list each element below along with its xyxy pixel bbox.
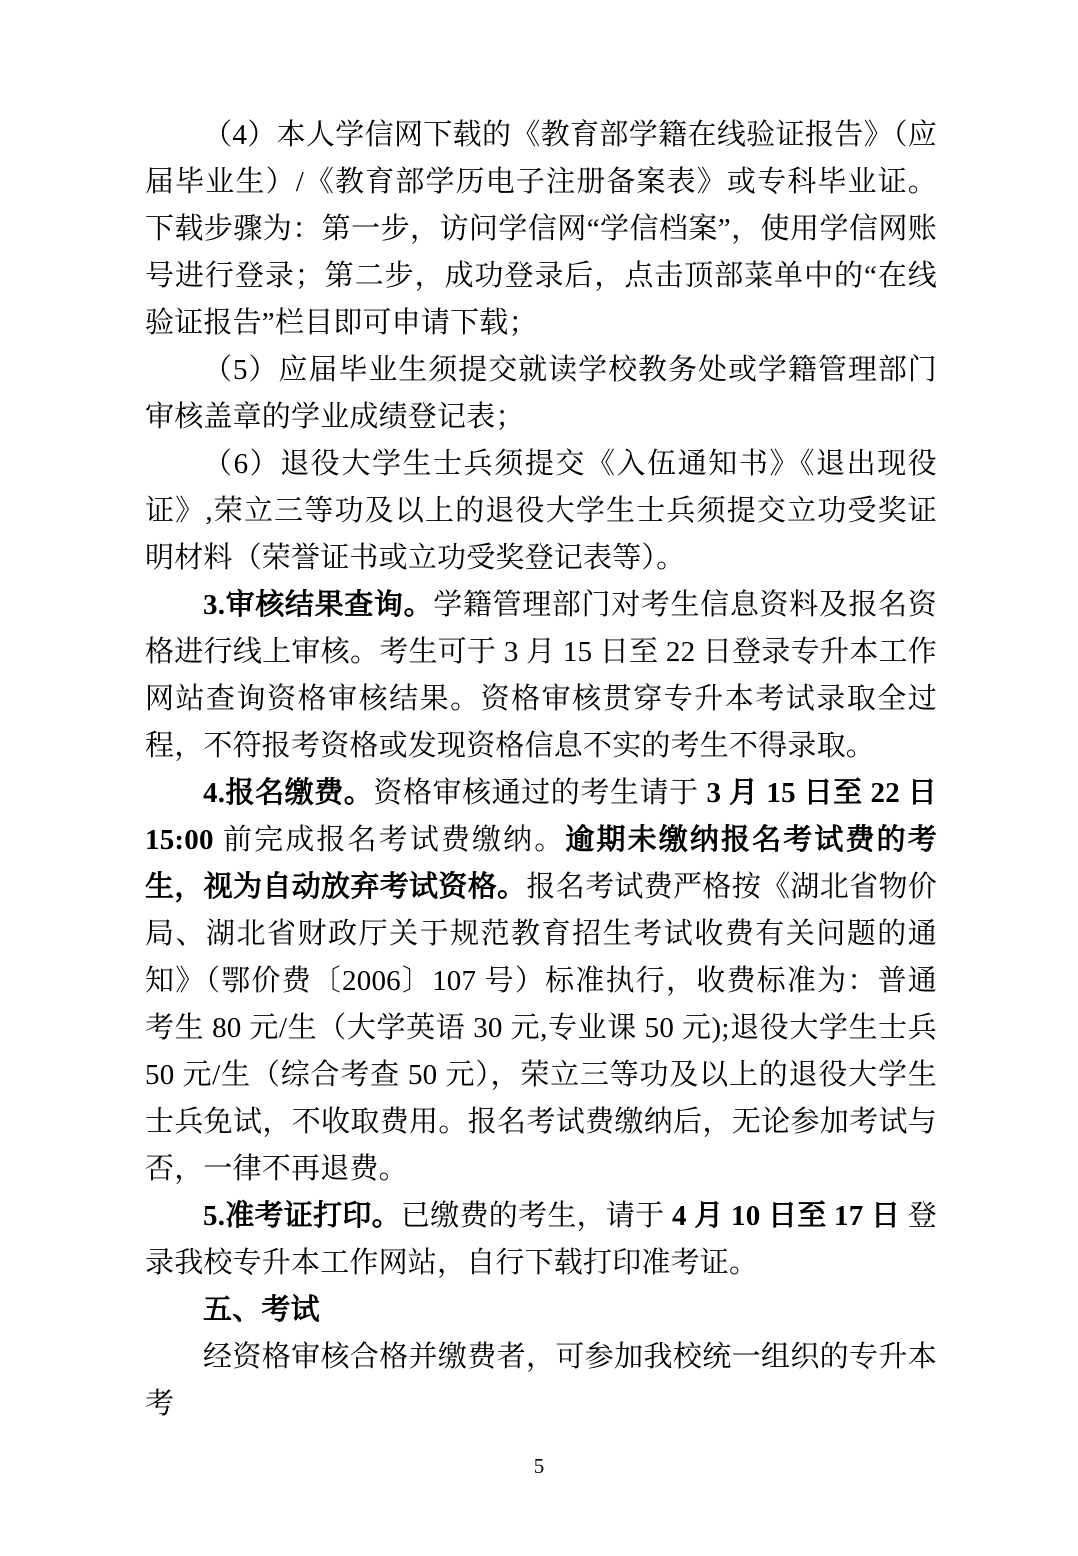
bold-text-run: 五、考试 (203, 1294, 320, 1326)
text-run: 前完成报名考试费缴纳。 (214, 824, 566, 856)
text-run: （4）本人学信网下载的《教育部学籍在线验证报告》（应届毕业生）/《教育部学历电子… (145, 119, 937, 339)
bold-text-run: 4.报名缴费。 (203, 777, 373, 809)
text-run: （5）应届毕业生须提交就读学校教务处或学籍管理部门审核盖章的学业成绩登记表； (145, 354, 937, 433)
paragraph-item-4: （4）本人学信网下载的《教育部学籍在线验证报告》（应届毕业生）/《教育部学历电子… (145, 112, 937, 347)
section-heading-exam: 五、考试 (145, 1287, 937, 1334)
document-body: （4）本人学信网下载的《教育部学籍在线验证报告》（应届毕业生）/《教育部学历电子… (145, 112, 937, 1428)
paragraph-admission-ticket: 5.准考证打印。已缴费的考生，请于 4 月 10 日至 17 日 登录我校专升本… (145, 1193, 937, 1287)
text-run: （6）退役大学生士兵须提交《入伍通知书》《退出现役证》,荣立三等功及以上的退役大… (145, 448, 937, 574)
bold-text-run: 4 月 10 日至 17 日 (672, 1200, 900, 1232)
bold-text-run: 3.审核结果查询。 (203, 589, 433, 621)
document-page: （4）本人学信网下载的《教育部学籍在线验证报告》（应届毕业生）/《教育部学历电子… (0, 0, 1078, 1556)
page-number: 5 (0, 1452, 1078, 1480)
text-run: 报名考试费严格按《湖北省物价局、湖北省财政厅关于规范教育招生考试收费有关问题的通… (145, 871, 937, 1185)
paragraph-payment: 4.报名缴费。资格审核通过的考生请于 3 月 15 日至 22 日 15:00 … (145, 770, 937, 1193)
paragraph-exam-intro: 经资格审核合格并缴费者，可参加我校统一组织的专升本考 (145, 1334, 937, 1428)
paragraph-item-6: （6）退役大学生士兵须提交《入伍通知书》《退出现役证》,荣立三等功及以上的退役大… (145, 441, 937, 582)
paragraph-item-5: （5）应届毕业生须提交就读学校教务处或学籍管理部门审核盖章的学业成绩登记表； (145, 347, 937, 441)
paragraph-review-result: 3.审核结果查询。学籍管理部门对考生信息资料及报名资格进行线上审核。考生可于 3… (145, 582, 937, 770)
bold-text-run: 5.准考证打印。 (203, 1200, 401, 1232)
text-run: 资格审核通过的考生请于 (373, 777, 706, 809)
text-run: 经资格审核合格并缴费者，可参加我校统一组织的专升本考 (145, 1341, 937, 1420)
text-run: 已缴费的考生，请于 (401, 1200, 672, 1232)
